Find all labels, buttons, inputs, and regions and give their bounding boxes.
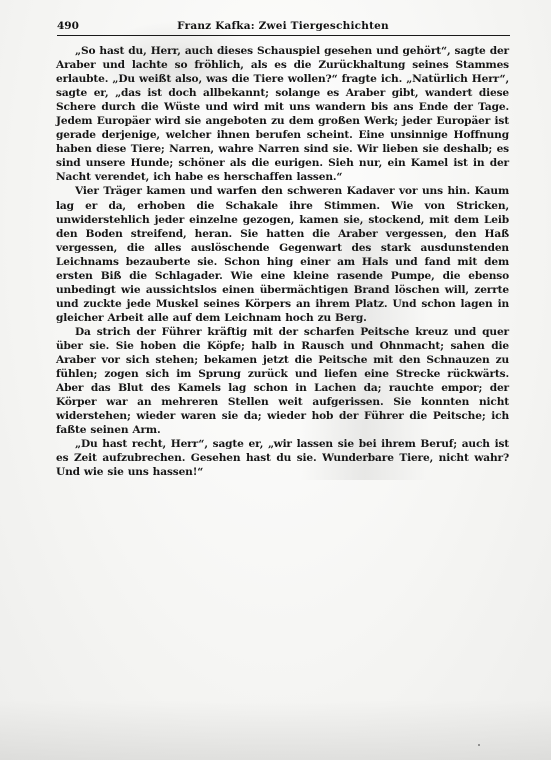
- paragraph: Vier Träger kamen und warfen den schwere…: [56, 184, 509, 324]
- scan-shadow-bottom: [0, 700, 551, 760]
- running-title: Franz Kafka: Zwei Tiergeschichten: [57, 19, 509, 33]
- running-head: 490 Franz Kafka: Zwei Tiergeschichten: [57, 19, 509, 33]
- paragraph: Da strich der Führer kräftig mit der sch…: [56, 325, 509, 437]
- paragraph: „So hast du, Herr, auch dieses Schauspie…: [56, 44, 509, 184]
- scanned-book-page: 490 Franz Kafka: Zwei Tiergeschichten „S…: [0, 0, 551, 760]
- body-text: „So hast du, Herr, auch dieses Schauspie…: [56, 44, 509, 479]
- header-rule: [57, 35, 510, 36]
- scan-speck: [478, 744, 480, 746]
- paragraph: „Du hast recht, Herr“, sagte er, „wir la…: [56, 437, 509, 479]
